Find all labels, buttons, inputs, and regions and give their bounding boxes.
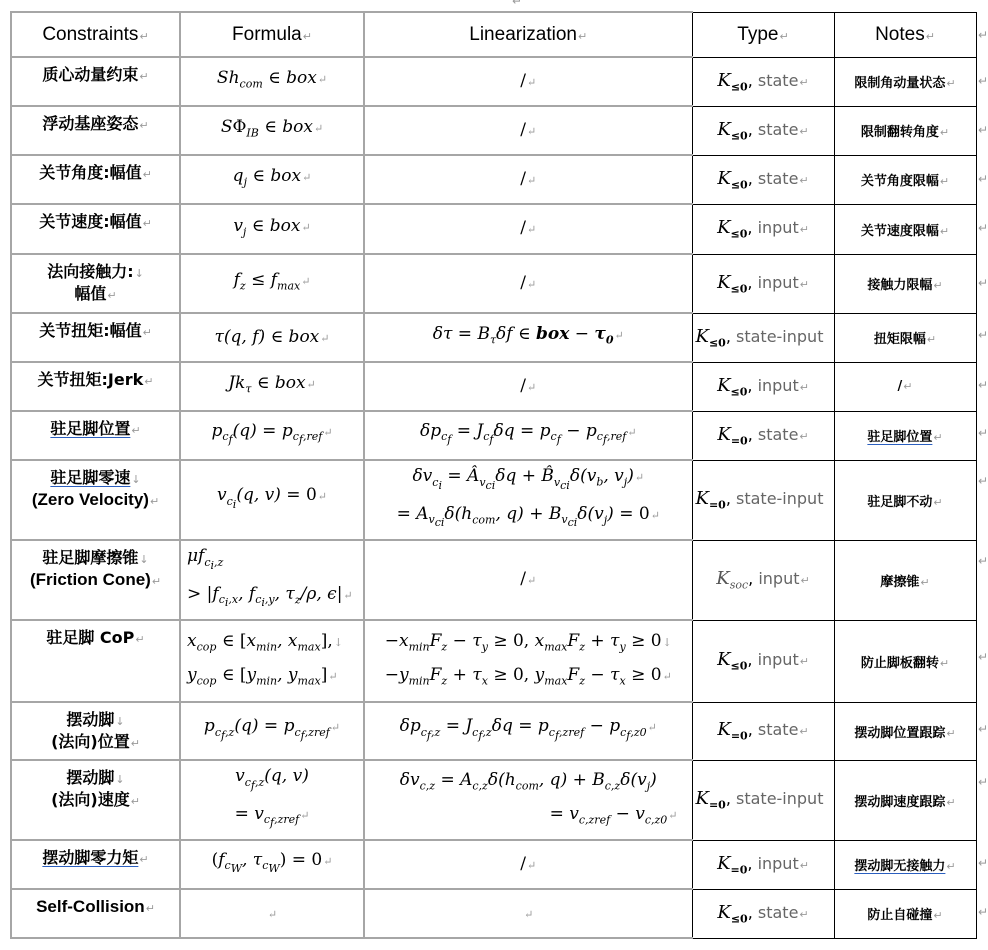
formula-cell: pcf(q) = pcf,ref↵ [180, 411, 364, 460]
notes-cell: 限制翻转角度↵ [834, 106, 976, 155]
row-end-mark: ↵ [978, 775, 988, 789]
row-end-mark: ↵ [978, 74, 988, 88]
notes-cell: 摆动脚无接触力↵ [834, 840, 976, 889]
table-row: 驻足脚零速↓(Zero Velocity)↵ vci(q, v) = 0↵ δv… [11, 460, 976, 540]
formula-cell: (fcW, τcW) = 0↵ [180, 840, 364, 889]
linearization-cell: δvci = Âvciδq + B̂vciδ(vb, vj)↵ = Avciδ(… [364, 460, 692, 540]
row-end-mark: ↵ [978, 856, 988, 870]
notes-cell: 摆动脚速度跟踪↵ [834, 760, 976, 840]
formula-cell: pcf,z(q) = pcf,zref↵ [180, 702, 364, 760]
type-cell: K≤0, input↵ [692, 620, 834, 702]
type-cell: K=0, state-input [692, 460, 834, 540]
constraint-name: 质心动量约束↵ [11, 57, 180, 106]
linearization-cell: /↵ [364, 840, 692, 889]
table-row: 关节扭矩:Jerk↵ Jkτ ∈ box↵ /↵ K≤0, input↵ /↵ [11, 362, 976, 411]
table-row: 摆动脚↓(法向)位置↵ pcf,z(q) = pcf,zref↵ δpcf,z … [11, 702, 976, 760]
type-cell: Ksoc, input↵ [692, 540, 834, 620]
notes-cell: 关节速度限幅↵ [834, 204, 976, 254]
header-linearization: Linearization↵ [364, 12, 692, 57]
linearization-cell: /↵ [364, 254, 692, 313]
formula-cell: Shcom ∈ box↵ [180, 57, 364, 106]
type-cell: K≤0, state-input [692, 313, 834, 362]
notes-cell: 驻足脚不动↵ [834, 460, 976, 540]
notes-cell: 驻足脚位置↵ [834, 411, 976, 460]
linearization-cell: /↵ [364, 57, 692, 106]
notes-cell: 接触力限幅↵ [834, 254, 976, 313]
constraint-name: 浮动基座姿态↵ [11, 106, 180, 155]
row-end-mark: ↵ [978, 722, 988, 736]
header-constraints: Constraints↵ [11, 12, 180, 57]
constraint-name: 摆动脚↓(法向)位置↵ [11, 702, 180, 760]
formula-cell: SΦIB ∈ box↵ [180, 106, 364, 155]
linearization-cell: δpcf,z = Jcf,zδq = pcf,zref − pcf,z0↵ [364, 702, 692, 760]
linearization-cell: /↵ [364, 362, 692, 411]
table-row: 关节速度:幅值↵ vj ∈ box↵ /↵ K≤0, input↵ 关节速度限幅… [11, 204, 976, 254]
constraint-name: 摆动脚↓(法向)速度↵ [11, 760, 180, 840]
row-end-mark: ↵ [978, 123, 988, 137]
row-end-mark: ↵ [978, 328, 988, 342]
table-row: 驻足脚位置↵ pcf(q) = pcf,ref↵ δpcf = Jcfδq = … [11, 411, 976, 460]
linearization-cell: /↵ [364, 155, 692, 204]
constraint-name: 驻足脚 CoP↵ [11, 620, 180, 702]
header-formula: Formula↵ [180, 12, 364, 57]
linearization-cell: /↵ [364, 204, 692, 254]
formula-cell: τ(q, f) ∈ box↵ [180, 313, 364, 362]
row-end-mark: ↵ [978, 276, 988, 290]
header-type: Type↵ [692, 12, 834, 57]
row-end-mark: ↵ [978, 172, 988, 186]
linearization-cell: /↵ [364, 106, 692, 155]
table-row: 关节角度:幅值↵ qj ∈ box↵ /↵ K≤0, state↵ 关节角度限幅… [11, 155, 976, 204]
row-end-mark: ↵ [978, 221, 988, 235]
formula-cell: μfci,z > |fci,x, fci,y, τz/ρ, ϵ|↵ [180, 540, 364, 620]
formula-cell: vj ∈ box↵ [180, 204, 364, 254]
notes-cell: 摩擦锥↵ [834, 540, 976, 620]
type-cell: K≤0, state↵ [692, 889, 834, 938]
formula-cell: Jkτ ∈ box↵ [180, 362, 364, 411]
row-end-mark: ↵ [978, 554, 988, 568]
type-cell: K≤0, input↵ [692, 204, 834, 254]
notes-cell: 防止自碰撞↵ [834, 889, 976, 938]
linearization-cell: δpcf = Jcfδq = pcf − pcf,ref↵ [364, 411, 692, 460]
linearization-cell: δvc,z = Ac,zδ(hcom, q) + Bc,zδ(vj) = vc,… [364, 760, 692, 840]
type-cell: K≤0, state↵ [692, 155, 834, 204]
table-row: 浮动基座姿态↵ SΦIB ∈ box↵ /↵ K≤0, state↵ 限制翻转角… [11, 106, 976, 155]
type-cell: K=0, state↵ [692, 411, 834, 460]
constraint-name: 法向接触力:↓幅值↵ [11, 254, 180, 313]
type-cell: K≤0, state↵ [692, 57, 834, 106]
row-end-mark: ↵ [978, 426, 988, 440]
formula-cell: vci(q, v) = 0↵ [180, 460, 364, 540]
table-header-row: Constraints↵ Formula↵ Linearization↵ Typ… [11, 12, 976, 57]
type-cell: K≤0, input↵ [692, 254, 834, 313]
paragraph-mark: ↵ [512, 0, 522, 8]
linearization-cell: /↵ [364, 540, 692, 620]
notes-cell: 防止脚板翻转↵ [834, 620, 976, 702]
constraints-table: Constraints↵ Formula↵ Linearization↵ Typ… [10, 11, 977, 939]
table-row: 摆动脚零力矩↵ (fcW, τcW) = 0↵ /↵ K=0, input↵ 摆… [11, 840, 976, 889]
type-cell: K=0, input↵ [692, 840, 834, 889]
header-notes: Notes↵ [834, 12, 976, 57]
notes-cell: 限制角动量状态↵ [834, 57, 976, 106]
linearization-cell: δτ = Bτδf ∈ box − τ0↵ [364, 313, 692, 362]
row-end-mark: ↵ [978, 650, 988, 664]
formula-cell: fz ≤ fmax↵ [180, 254, 364, 313]
type-cell: K≤0, state↵ [692, 106, 834, 155]
notes-cell: 扭矩限幅↵ [834, 313, 976, 362]
notes-cell: 摆动脚位置跟踪↵ [834, 702, 976, 760]
row-end-mark: ↵ [978, 474, 988, 488]
notes-cell: 关节角度限幅↵ [834, 155, 976, 204]
row-end-mark: ↵ [978, 28, 988, 42]
formula-cell: ↵ [180, 889, 364, 938]
formula-cell: vcf,z(q, v) = vcf,zref↵ [180, 760, 364, 840]
table-row: 驻足脚摩擦锥↓(Friction Cone)↵ μfci,z > |fci,x,… [11, 540, 976, 620]
constraint-name: Self-Collision↵ [11, 889, 180, 938]
row-end-mark: ↵ [978, 378, 988, 392]
row-end-mark: ↵ [978, 905, 988, 919]
constraint-name: 驻足脚零速↓(Zero Velocity)↵ [11, 460, 180, 540]
formula-cell: qj ∈ box↵ [180, 155, 364, 204]
table-row: 摆动脚↓(法向)速度↵ vcf,z(q, v) = vcf,zref↵ δvc,… [11, 760, 976, 840]
table-row: 关节扭矩:幅值↵ τ(q, f) ∈ box↵ δτ = Bτδf ∈ box … [11, 313, 976, 362]
constraint-name: 驻足脚摩擦锥↓(Friction Cone)↵ [11, 540, 180, 620]
type-cell: K≤0, input↵ [692, 362, 834, 411]
constraint-name: 摆动脚零力矩↵ [11, 840, 180, 889]
linearization-cell: −xminFz − τy ≥ 0, xmaxFz + τy ≥ 0↓ −ymin… [364, 620, 692, 702]
constraint-name: 驻足脚位置↵ [11, 411, 180, 460]
constraint-name: 关节速度:幅值↵ [11, 204, 180, 254]
formula-cell: xcop ∈ [xmin, xmax],↓ ycop ∈ [ymin, ymax… [180, 620, 364, 702]
notes-cell: /↵ [834, 362, 976, 411]
table-row: Self-Collision↵ ↵ ↵ K≤0, state↵ 防止自碰撞↵ [11, 889, 976, 938]
constraint-name: 关节扭矩:Jerk↵ [11, 362, 180, 411]
type-cell: K=0, state↵ [692, 702, 834, 760]
linearization-cell: ↵ [364, 889, 692, 938]
table-row: 法向接触力:↓幅值↵ fz ≤ fmax↵ /↵ K≤0, input↵ 接触力… [11, 254, 976, 313]
constraint-name: 关节角度:幅值↵ [11, 155, 180, 204]
table-row: 质心动量约束↵ Shcom ∈ box↵ /↵ K≤0, state↵ 限制角动… [11, 57, 976, 106]
constraint-name: 关节扭矩:幅值↵ [11, 313, 180, 362]
table-row: 驻足脚 CoP↵ xcop ∈ [xmin, xmax],↓ ycop ∈ [y… [11, 620, 976, 702]
type-cell: K=0, state-input [692, 760, 834, 840]
